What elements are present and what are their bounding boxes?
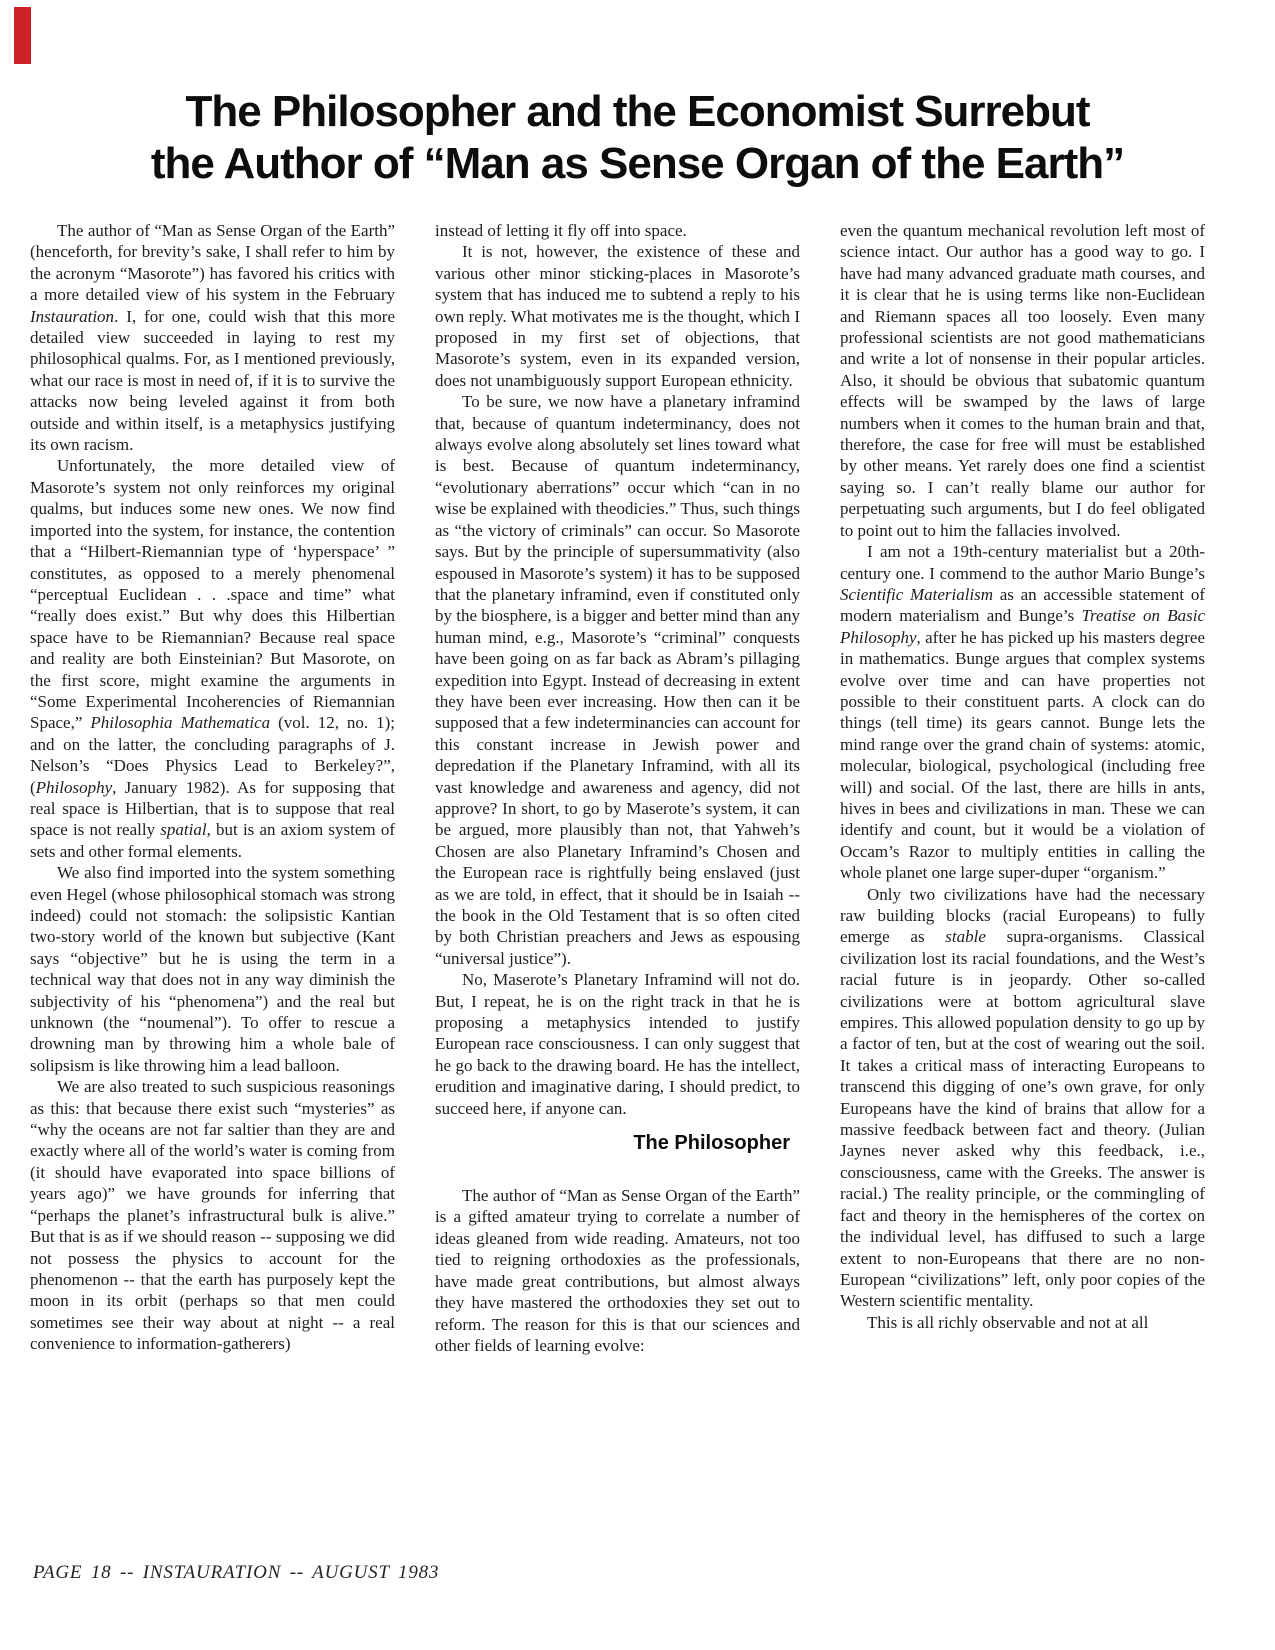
italic-run: spatial xyxy=(160,820,206,839)
paragraph: We are also treated to such suspicious r… xyxy=(30,1076,395,1354)
column-3: even the quantum mechanical revolution l… xyxy=(840,220,1205,1356)
paragraph: The author of “Man as Sense Organ of the… xyxy=(30,220,395,455)
text-run: This is all richly observable and not at… xyxy=(867,1313,1148,1332)
text-run: , after he has picked up his masters deg… xyxy=(840,628,1205,882)
text-run: The author of “Man as Sense Organ of the… xyxy=(435,1186,800,1355)
text-run: The author of “Man as Sense Organ of the… xyxy=(30,221,395,304)
italic-run: Instauration xyxy=(30,307,114,326)
italic-run: Scientific Materialism xyxy=(840,585,993,604)
column-1: The author of “Man as Sense Organ of the… xyxy=(30,220,395,1356)
paragraph: We also find imported into the system so… xyxy=(30,862,395,1076)
paragraph: This is all richly observable and not at… xyxy=(840,1312,1205,1333)
column-2: instead of letting it fly off into space… xyxy=(435,220,800,1356)
paragraph: I am not a 19th-century materialist but … xyxy=(840,541,1205,884)
text-run: To be sure, we now have a planetary infr… xyxy=(435,392,800,968)
section-heading: The Philosopher xyxy=(435,1131,790,1155)
text-run: We also find imported into the system so… xyxy=(30,863,395,1075)
text-run: even the quantum mechanical revolution l… xyxy=(840,221,1205,540)
paragraph: The author of “Man as Sense Organ of the… xyxy=(435,1185,800,1356)
paragraph: instead of letting it fly off into space… xyxy=(435,220,800,241)
paragraph: No, Maserote’s Planetary Inframind will … xyxy=(435,969,800,1119)
text-run: No, Maserote’s Planetary Inframind will … xyxy=(435,970,800,1117)
text-run: It is not, however, the existence of the… xyxy=(435,242,800,389)
text-run: We are also treated to such suspicious r… xyxy=(30,1077,395,1353)
paragraph: Only two civilizations have had the nece… xyxy=(840,884,1205,1312)
text-run: I am not a 19th-century materialist but … xyxy=(840,542,1205,582)
italic-run: stable xyxy=(945,927,986,946)
article-title-line1: The Philosopher and the Economist Surreb… xyxy=(40,86,1235,138)
italic-run: Philosophia Mathematica xyxy=(90,713,270,732)
italic-run: Philosophy xyxy=(36,778,113,797)
text-run: . I, for one, could wish that this more … xyxy=(30,307,395,454)
article-title-line2: the Author of “Man as Sense Organ of the… xyxy=(40,138,1235,190)
paragraph: It is not, however, the existence of the… xyxy=(435,241,800,391)
page-footer: PAGE 18 -- INSTAURATION -- AUGUST 1983 xyxy=(33,1562,439,1584)
paragraph: To be sure, we now have a planetary infr… xyxy=(435,391,800,969)
paragraph: even the quantum mechanical revolution l… xyxy=(840,220,1205,541)
text-run: instead of letting it fly off into space… xyxy=(435,221,687,240)
text-run: supra-organisms. Classical civilization … xyxy=(840,927,1205,1310)
red-edge-mark xyxy=(14,7,31,64)
article-title: The Philosopher and the Economist Surreb… xyxy=(40,86,1235,190)
magazine-page: The Philosopher and the Economist Surreb… xyxy=(0,86,1275,1356)
article-body: The author of “Man as Sense Organ of the… xyxy=(30,220,1205,1356)
paragraph: Unfortunately, the more detailed view of… xyxy=(30,455,395,862)
text-run: Unfortunately, the more detailed view of… xyxy=(30,456,395,732)
